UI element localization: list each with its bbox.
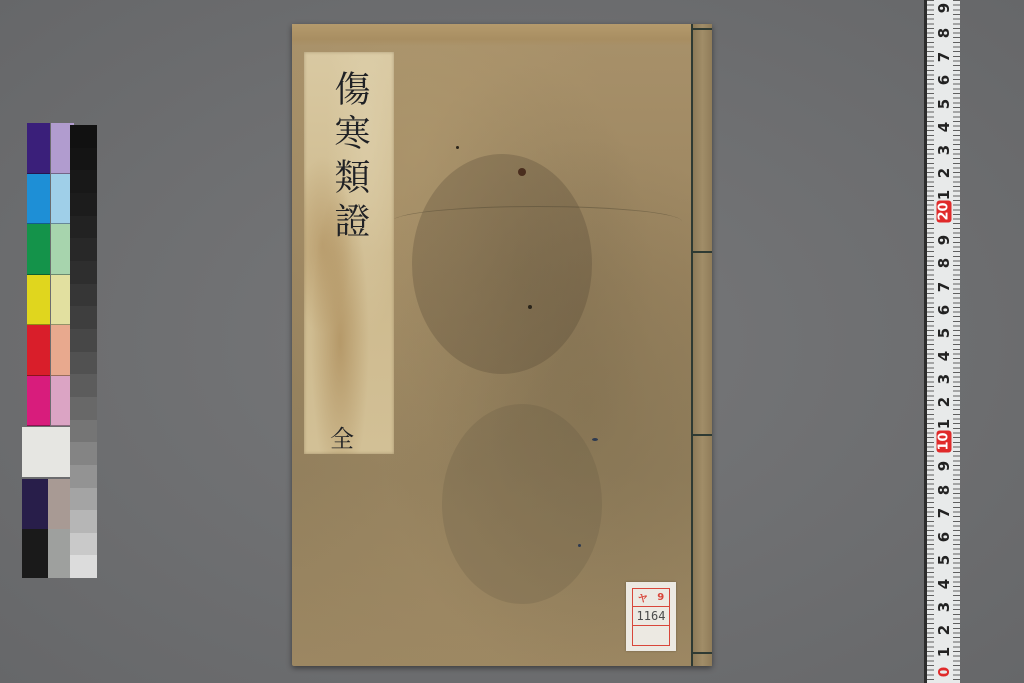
color-patch bbox=[48, 479, 70, 529]
ruler-number: 20 bbox=[937, 201, 952, 223]
ruler-number: 5 bbox=[935, 550, 953, 570]
ruler-number: 1 bbox=[935, 642, 953, 662]
ruler-number: 6 bbox=[935, 70, 953, 90]
measuring-tape: 98765432120987654321109876543210 bbox=[924, 0, 960, 683]
gray-step bbox=[70, 261, 97, 284]
color-checker-bottom-b bbox=[48, 479, 70, 578]
gray-step bbox=[70, 238, 97, 261]
ruler-number: 9 bbox=[935, 230, 953, 250]
ruler-number: 3 bbox=[935, 140, 953, 160]
ruler-number: 7 bbox=[935, 277, 953, 297]
title-slip: 傷寒類證 全 bbox=[304, 52, 394, 454]
ruler-number: 7 bbox=[935, 503, 953, 523]
binding-stitch bbox=[691, 434, 712, 436]
cover-spot bbox=[456, 146, 459, 149]
shelf-number: 9 bbox=[657, 592, 664, 603]
library-label-frame: ヤ 9 1164 bbox=[632, 588, 670, 646]
gray-step bbox=[70, 329, 97, 352]
ruler-number: 8 bbox=[935, 253, 953, 273]
color-checker-bottom-a bbox=[22, 479, 48, 578]
gray-step bbox=[70, 306, 97, 329]
ruler-number: 2 bbox=[935, 163, 953, 183]
book-top-edge bbox=[292, 24, 692, 46]
color-checker-column-a bbox=[27, 123, 50, 426]
cover-stain bbox=[412, 154, 592, 374]
library-label-header: ヤ 9 bbox=[633, 589, 669, 607]
color-checker bbox=[22, 123, 101, 578]
gray-step bbox=[70, 193, 97, 216]
color-patch bbox=[27, 376, 50, 427]
library-label: ヤ 9 1164 bbox=[626, 582, 676, 651]
color-patch bbox=[27, 174, 50, 225]
ruler-number: 0 bbox=[935, 662, 953, 682]
gray-step bbox=[70, 397, 97, 420]
ruler-number: 3 bbox=[935, 597, 953, 617]
gray-step bbox=[70, 284, 97, 307]
cover-spot bbox=[578, 544, 581, 547]
binding-stitch bbox=[691, 652, 712, 654]
white-reference-patch bbox=[22, 427, 70, 477]
color-patch bbox=[48, 529, 70, 579]
gray-step bbox=[70, 465, 97, 488]
classification-mark: ヤ bbox=[638, 590, 648, 605]
ruler-number: 6 bbox=[935, 527, 953, 547]
gray-step bbox=[70, 170, 97, 193]
gray-step bbox=[70, 510, 97, 533]
gray-step bbox=[70, 216, 97, 239]
cover-spot bbox=[518, 168, 526, 176]
binding-stitch bbox=[691, 251, 712, 253]
ruler-number: 9 bbox=[935, 0, 953, 18]
ruler-number: 4 bbox=[935, 117, 953, 137]
ruler-number: 4 bbox=[935, 574, 953, 594]
ruler-number: 9 bbox=[935, 456, 953, 476]
ruler-number: 8 bbox=[935, 480, 953, 500]
cover-stain bbox=[442, 404, 602, 604]
ruler-number: 2 bbox=[935, 392, 953, 412]
gray-step bbox=[70, 533, 97, 556]
ruler-number: 8 bbox=[935, 23, 953, 43]
color-patch bbox=[22, 529, 48, 579]
color-patch bbox=[27, 275, 50, 326]
binding-stitch bbox=[691, 28, 712, 30]
book-title: 傷寒類證 bbox=[324, 70, 374, 246]
cover-spot bbox=[528, 305, 532, 309]
color-patch bbox=[27, 325, 50, 376]
volume-mark: 全 bbox=[330, 419, 354, 454]
color-patch bbox=[27, 123, 50, 174]
color-patch bbox=[27, 224, 50, 275]
ruler-number: 3 bbox=[935, 369, 953, 389]
gray-step bbox=[70, 125, 97, 148]
ruler-number: 5 bbox=[935, 94, 953, 114]
ruler-number: 4 bbox=[935, 346, 953, 366]
ruler-number: 10 bbox=[937, 431, 952, 453]
gray-step bbox=[70, 352, 97, 375]
color-patch bbox=[22, 479, 48, 529]
gray-step bbox=[70, 420, 97, 443]
call-number: 1164 bbox=[633, 607, 669, 626]
ruler-number: 7 bbox=[935, 47, 953, 67]
cover-spot bbox=[592, 438, 598, 441]
book-spine bbox=[691, 24, 712, 666]
cover-crease bbox=[392, 206, 682, 237]
ruler-number: 5 bbox=[935, 323, 953, 343]
gray-step bbox=[70, 148, 97, 171]
gray-step bbox=[70, 442, 97, 465]
gray-scale-strip bbox=[70, 125, 97, 578]
gray-step bbox=[70, 374, 97, 397]
gray-step bbox=[70, 555, 97, 578]
ruler-number: 2 bbox=[935, 620, 953, 640]
book-cover: 傷寒類證 全 ヤ 9 1164 bbox=[292, 24, 712, 666]
ruler-number: 6 bbox=[935, 300, 953, 320]
gray-step bbox=[70, 488, 97, 511]
